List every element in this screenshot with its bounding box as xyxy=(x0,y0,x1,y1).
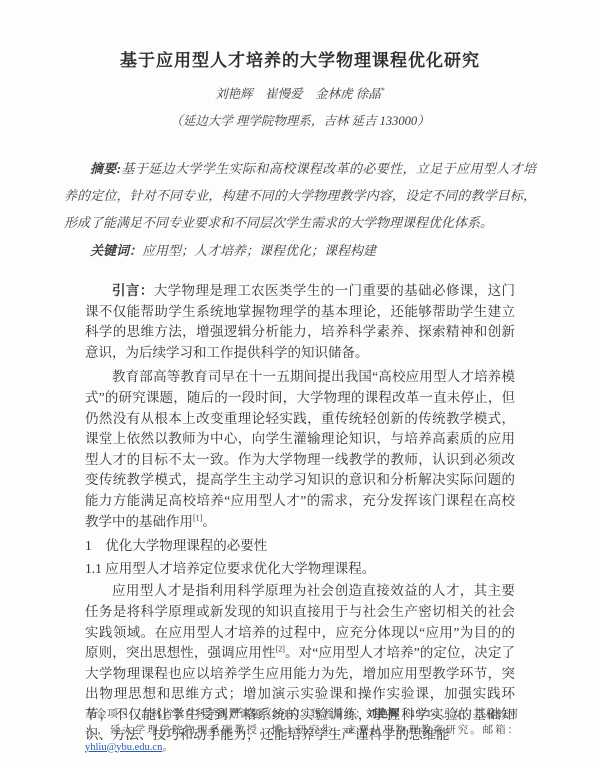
paper-body: 引言：大学物理是理工农医类学生的一门重要的基础必修课，这门课不仅能帮助学生系统地… xyxy=(85,281,515,746)
footnote: 基金项目：吉林省教育科学规划课题（2015）。作者简介：刘艳辉（1971-），女… xyxy=(85,707,518,757)
paragraph-2: 教育部高等教育司早在十一五期间提出我国“高校应用型人才培养模式”的研究课题，随后… xyxy=(85,367,515,532)
email-link[interactable]: yhliu@ybu.edu.cn xyxy=(85,742,162,753)
paper-title: 基于应用型人才培养的大学物理课程优化研究 xyxy=(60,46,540,71)
affiliation-line: （延边大学 理学院物理系，吉林 延吉 133000） xyxy=(0,111,600,129)
section-1-heading: 1 优化大学物理课程的必要性 xyxy=(85,536,515,557)
abstract-block: 摘要:基于延边大学学生实际和高校课程改革的必要性，立足于应用型人才培养的定位，针… xyxy=(64,155,536,236)
paper-page: 基于应用型人才培养的大学物理课程优化研究 刘艳辉 崔慢爱 金林虎 徐晶* （延边… xyxy=(0,0,600,768)
keywords-block: 关键词：应用型；人才培养；课程优化；课程构建 xyxy=(64,237,536,264)
authors-line: 刘艳辉 崔慢爱 金林虎 徐晶* xyxy=(0,84,600,102)
intro-paragraph: 引言：大学物理是理工农医类学生的一门重要的基础必修课，这门课不仅能帮助学生系统地… xyxy=(85,281,515,363)
section-1-1-heading: 1.1 应用型人才培养定位要求优化大学物理课程。 xyxy=(85,559,515,580)
